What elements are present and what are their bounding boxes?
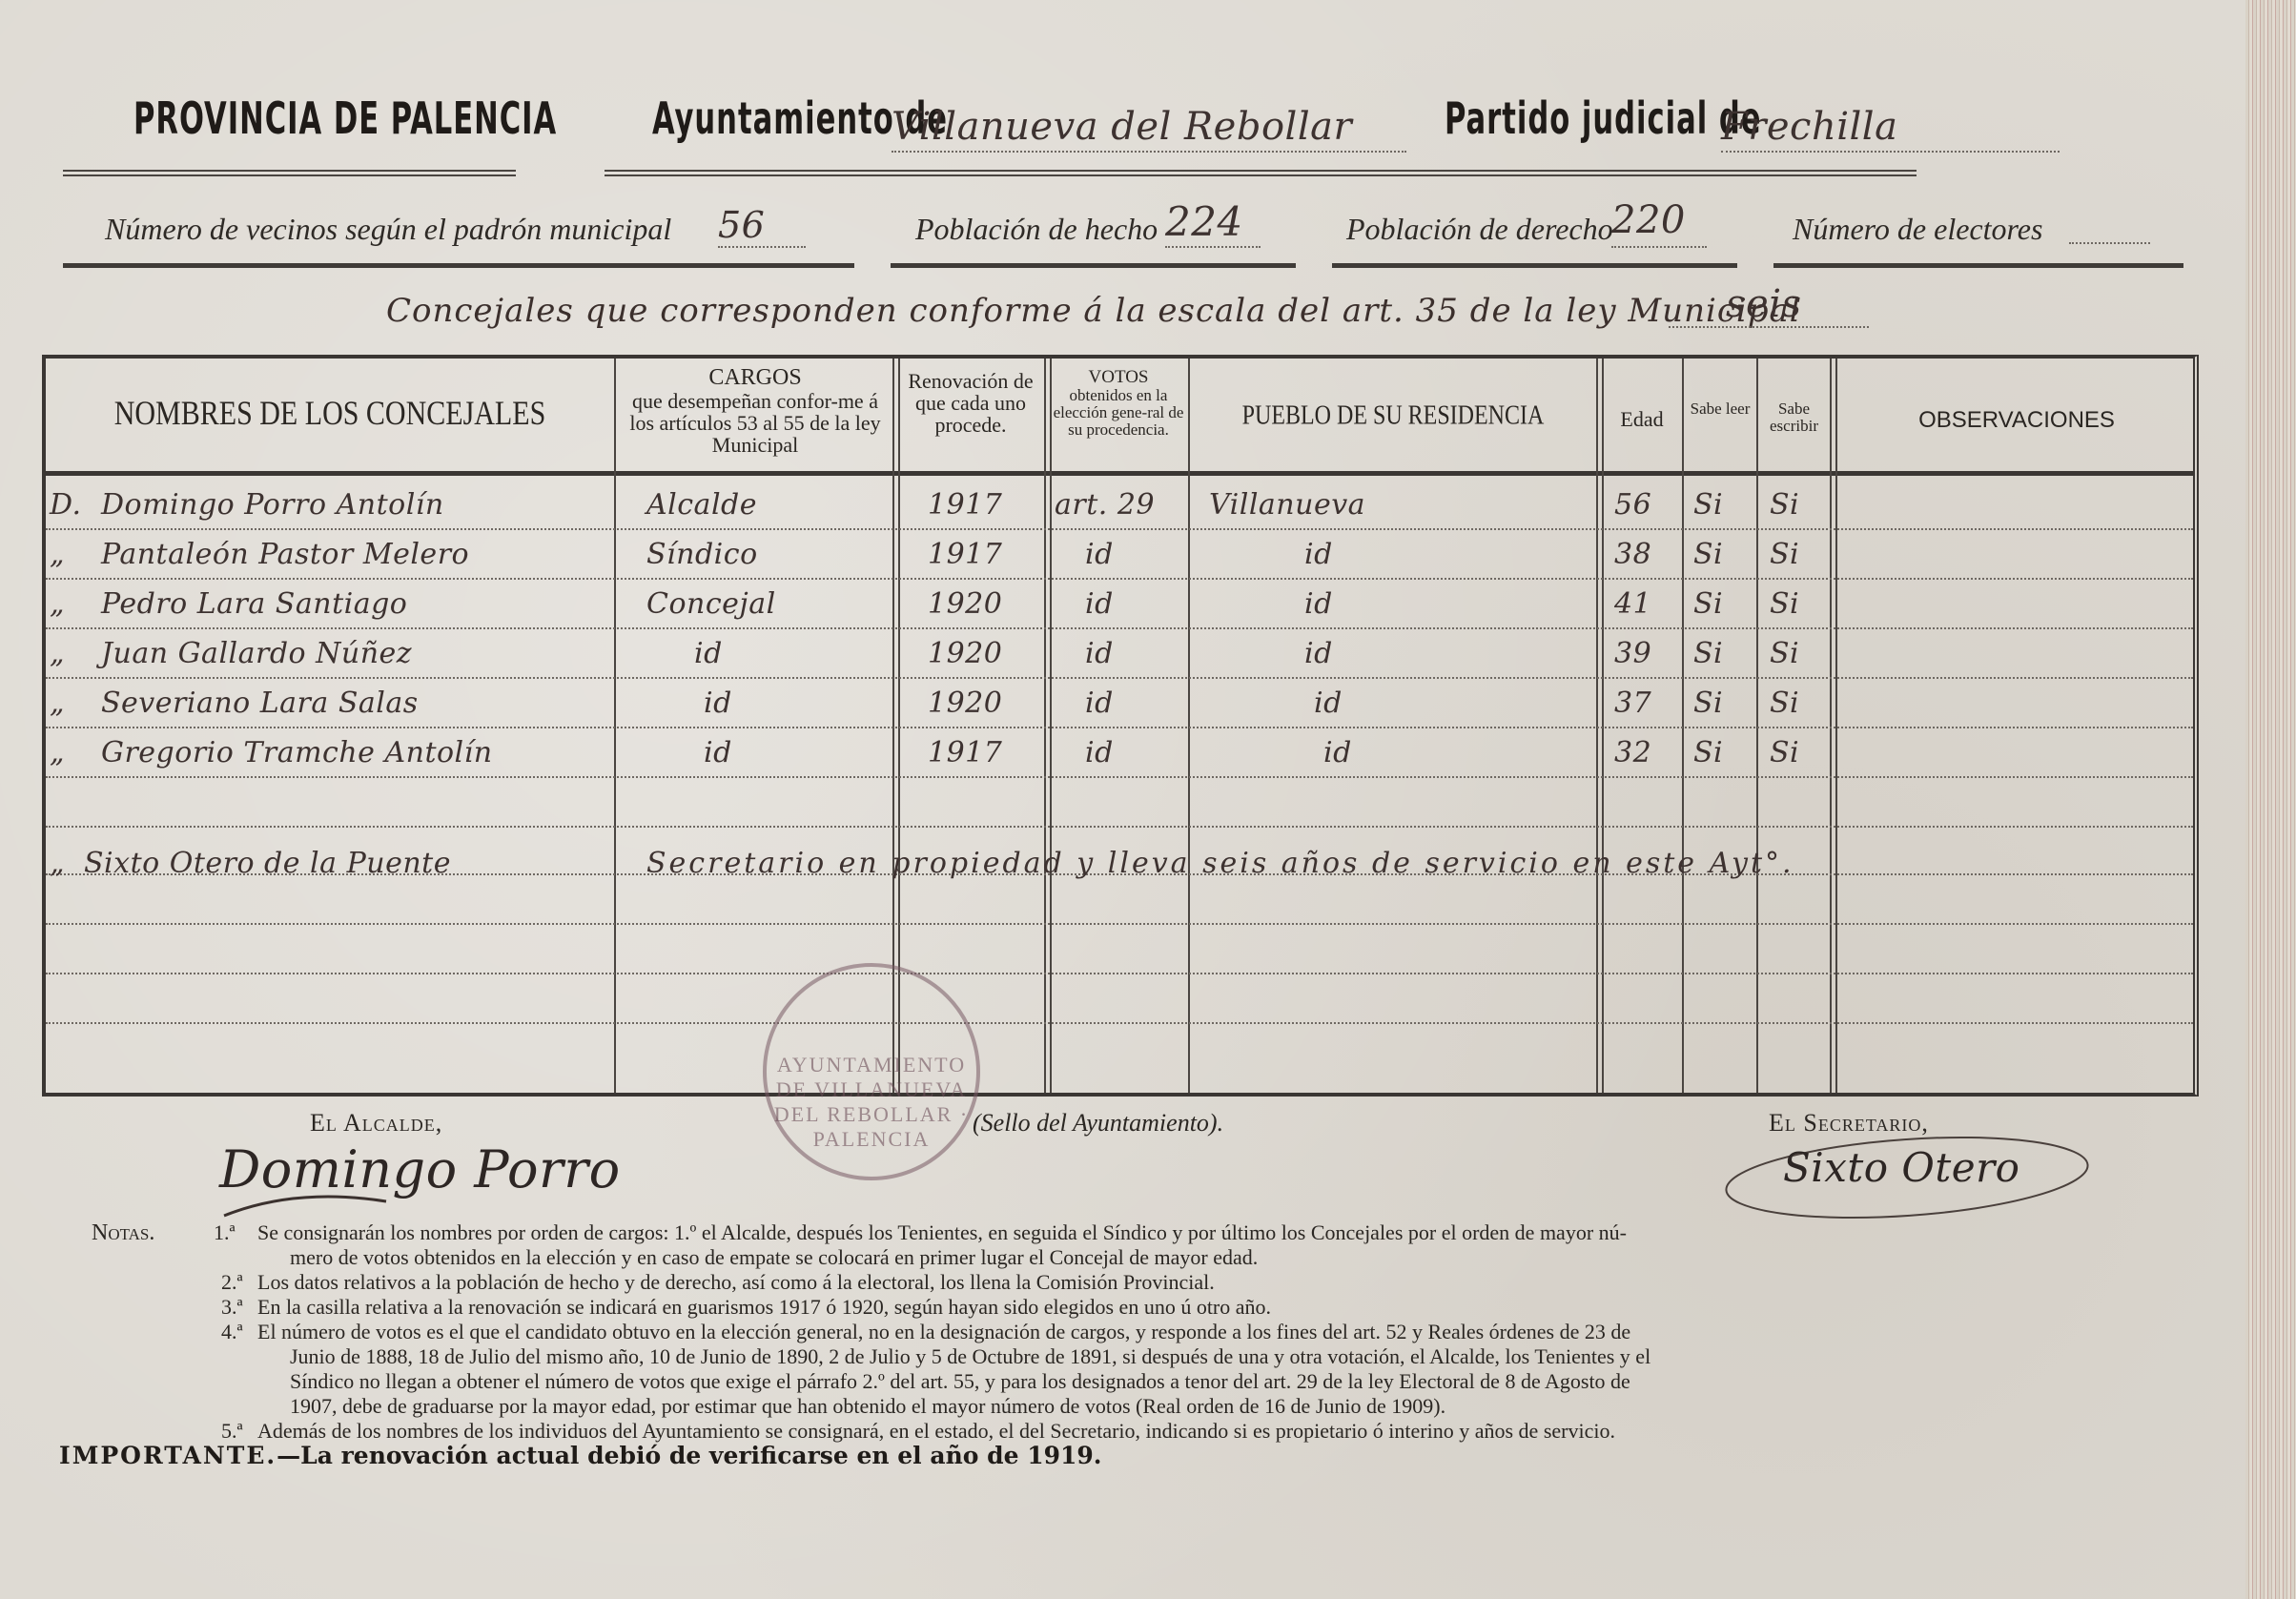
table-row: „ Juan Gallardo Núñez id 1920 id id 39 S…: [46, 637, 2193, 679]
cell-sabe-escribir: Si: [1770, 637, 1799, 670]
note-line: En la casilla relativa a la renovación s…: [257, 1295, 1271, 1320]
cell-cargo: id: [704, 687, 732, 720]
note-line: Además de los nombres de los individuos …: [257, 1419, 1615, 1444]
cell-sabe-escribir: Si: [1770, 736, 1799, 769]
province-rule: [63, 170, 516, 176]
row-prefix: D.: [50, 488, 82, 522]
cell-renovacion: 1917: [928, 488, 1002, 522]
table-row: D. Domingo Porro Antolín Alcalde 1917 ar…: [46, 488, 2193, 530]
col-header-renovacion: Renovación de que cada uno procede.: [898, 370, 1043, 436]
cell-sabe-escribir: Si: [1770, 488, 1799, 522]
cell-nombre: Severiano Lara Salas: [101, 687, 419, 720]
row-line: [46, 1022, 2193, 1024]
cell-votos: id: [1085, 687, 1114, 720]
table-row: „ Pedro Lara Santiago Concejal 1920 id i…: [46, 587, 2193, 629]
poblacion-derecho-rule: [1332, 263, 1737, 268]
row-prefix: „: [50, 637, 65, 670]
cell-votos: id: [1085, 587, 1114, 621]
cell-pueblo: id: [1314, 687, 1343, 720]
cell-votos: id: [1085, 538, 1114, 571]
col-header-cargos: CARGOS que desempeñan confor-me á los ar…: [618, 366, 892, 456]
stamp-text: AYUNTAMIENTO DE VILLANUEVA DEL REBOLLAR …: [767, 1053, 976, 1152]
cell-sabe-escribir: Si: [1770, 687, 1799, 720]
vecinos-label: Número de vecinos según el padrón munici…: [105, 212, 671, 247]
alcalde-label: El Alcalde,: [310, 1109, 442, 1138]
cell-edad: 39: [1614, 637, 1651, 670]
ayuntamiento-rule: [605, 170, 1405, 176]
cell-cargo: id: [694, 637, 723, 670]
poblacion-derecho-label: Población de derecho: [1346, 212, 1613, 247]
important-text: —La renovación actual debió de verificar…: [277, 1442, 1101, 1469]
row-line: [46, 826, 2193, 828]
ayuntamiento-stamp: AYUNTAMIENTO DE VILLANUEVA DEL REBOLLAR …: [763, 963, 980, 1180]
table-row: „ Severiano Lara Salas id 1920 id id 37 …: [46, 687, 2193, 728]
concejales-table: NOMBRES DE LOS CONCEJALES CARGOS que des…: [42, 355, 2199, 1097]
note-line: Junio de 1888, 18 de Julio del mismo año…: [290, 1344, 1650, 1369]
cell-sabe-leer: Si: [1693, 587, 1723, 621]
poblacion-hecho-label: Población de hecho: [915, 212, 1158, 247]
partido-value: Frechilla: [1721, 105, 2060, 153]
cell-cargo: Alcalde: [646, 488, 757, 522]
cell-pueblo: id: [1323, 736, 1352, 769]
important-notice: IMPORTANTE.—La renovación actual debió d…: [59, 1442, 1102, 1469]
table-row: „ Gregorio Tramche Antolín id 1917 id id…: [46, 736, 2193, 778]
cell-nombre: Juan Gallardo Núñez: [101, 637, 412, 670]
cell-nombre: Pantaleón Pastor Melero: [101, 538, 469, 571]
sello-label: (Sello del Ayuntamiento).: [973, 1109, 1223, 1138]
cell-edad: 41: [1614, 587, 1651, 621]
notes-label: Notas.: [92, 1220, 154, 1245]
cell-sabe-leer: Si: [1693, 538, 1723, 571]
cell-edad: 38: [1614, 538, 1651, 571]
col-header-votos-sub: obtenidos en la elección gene-ral de su …: [1050, 387, 1187, 439]
cell-nombre: Sixto Otero de la Puente: [84, 847, 451, 880]
row-prefix: „: [50, 587, 65, 621]
cell-sabe-leer: Si: [1693, 488, 1723, 522]
important-label: IMPORTANTE.: [59, 1442, 277, 1469]
row-prefix: „: [50, 736, 65, 769]
col-header-edad: Edad: [1602, 408, 1682, 430]
row-prefix: „: [50, 538, 65, 571]
cell-sabe-leer: Si: [1693, 736, 1723, 769]
note-number: 5.ª: [221, 1419, 243, 1444]
cell-cargo: Síndico: [646, 538, 758, 571]
cell-edad: 32: [1614, 736, 1651, 769]
note-line: mero de votos obtenidos en la elección y…: [290, 1245, 1258, 1270]
cell-cargo: id: [704, 736, 732, 769]
col-header-cargos-title: CARGOS: [618, 366, 892, 390]
cell-pueblo: Villanueva: [1209, 488, 1365, 522]
ayuntamiento-value: Villanueva del Rebollar: [892, 105, 1406, 153]
note-line: Síndico no llegan a obtener el número de…: [290, 1369, 1630, 1394]
cell-pueblo: id: [1304, 587, 1333, 621]
partido-rule: [1397, 170, 1917, 176]
note-number: 3.ª: [221, 1295, 243, 1320]
cell-sabe-leer: Si: [1693, 687, 1723, 720]
row-line: [46, 973, 2193, 974]
col-header-nombres: NOMBRES DE LOS CONCEJALES: [46, 396, 614, 432]
note-line: 1907, debe de graduarse por la mayor eda…: [290, 1394, 1445, 1419]
note-line: Los datos relativos a la población de he…: [257, 1270, 1215, 1295]
cell-sabe-escribir: Si: [1770, 538, 1799, 571]
col-header-cargos-sub: que desempeñan confor-me á los artículos…: [618, 390, 892, 456]
cell-renovacion: 1917: [928, 538, 1002, 571]
cell-renovacion: 1920: [928, 687, 1002, 720]
cell-pueblo: id: [1304, 637, 1333, 670]
signature-flourish-icon: [219, 1182, 391, 1220]
secretary-note: Secretario en propiedad y lleva seis año…: [646, 847, 1794, 880]
col-header-votos-title: VOTOS: [1050, 368, 1187, 387]
row-line: [46, 923, 2193, 925]
cell-renovacion: 1920: [928, 637, 1002, 670]
province-title: PROVINCIA DE PALENCIA: [133, 93, 557, 145]
row-prefix: „: [50, 687, 65, 720]
table-header-rule: [46, 471, 2193, 476]
note-line: El número de votos es el que el candidat…: [257, 1320, 1630, 1344]
note-number: 4.ª: [221, 1320, 243, 1344]
cell-cargo: Concejal: [646, 587, 776, 621]
cell-edad: 37: [1614, 687, 1651, 720]
cell-votos: art. 29: [1055, 488, 1155, 522]
concejales-scale-value: seis: [1669, 282, 1869, 328]
vecinos-value: 56: [718, 204, 806, 248]
note-number: 2.ª: [221, 1270, 243, 1295]
secretario-signature: Sixto Otero: [1783, 1144, 2019, 1191]
partido-label: Partido judicial de: [1445, 93, 1762, 145]
col-header-observaciones: OBSERVACIONES: [1835, 408, 2198, 432]
col-header-sabe-escribir: Sabe escribir: [1758, 400, 1830, 435]
cell-sabe-escribir: Si: [1770, 587, 1799, 621]
cell-renovacion: 1920: [928, 587, 1002, 621]
electores-label: Número de electores: [1793, 212, 2042, 247]
note-number: 1.ª: [214, 1220, 236, 1245]
cell-renovacion: 1917: [928, 736, 1002, 769]
cell-sabe-leer: Si: [1693, 637, 1723, 670]
poblacion-derecho-value: 220: [1611, 198, 1707, 248]
cell-nombre: Gregorio Tramche Antolín: [101, 736, 493, 769]
col-header-votos: VOTOS obtenidos en la elección gene-ral …: [1050, 368, 1187, 438]
cell-votos: id: [1085, 637, 1114, 670]
cell-nombre: Pedro Lara Santiago: [101, 587, 407, 621]
cell-votos: id: [1085, 736, 1114, 769]
electores-value: [2069, 242, 2150, 244]
electores-rule: [1773, 263, 2183, 268]
vecinos-rule: [63, 263, 854, 268]
cell-nombre: Domingo Porro Antolín: [101, 488, 444, 522]
table-row: „ Pantaleón Pastor Melero Síndico 1917 i…: [46, 538, 2193, 580]
col-header-pueblo: PUEBLO DE SU RESIDENCIA: [1190, 401, 1596, 430]
poblacion-hecho-value: 224: [1165, 198, 1261, 248]
cell-edad: 56: [1614, 488, 1651, 522]
concejales-scale-label: Concejales que corresponden conforme á l…: [386, 292, 1801, 330]
row-prefix: „: [50, 847, 65, 880]
cell-pueblo: id: [1304, 538, 1333, 571]
document-page: PROVINCIA DE PALENCIA Ayuntamiento de Vi…: [0, 0, 2245, 1599]
poblacion-hecho-rule: [891, 263, 1296, 268]
col-header-sabe-leer: Sabe leer: [1684, 400, 1756, 418]
secretary-row: „ Sixto Otero de la Puente Secretario en…: [46, 847, 2193, 889]
note-line: Se consignarán los nombres por orden de …: [257, 1220, 1627, 1245]
book-page-edges: [2245, 0, 2296, 1599]
